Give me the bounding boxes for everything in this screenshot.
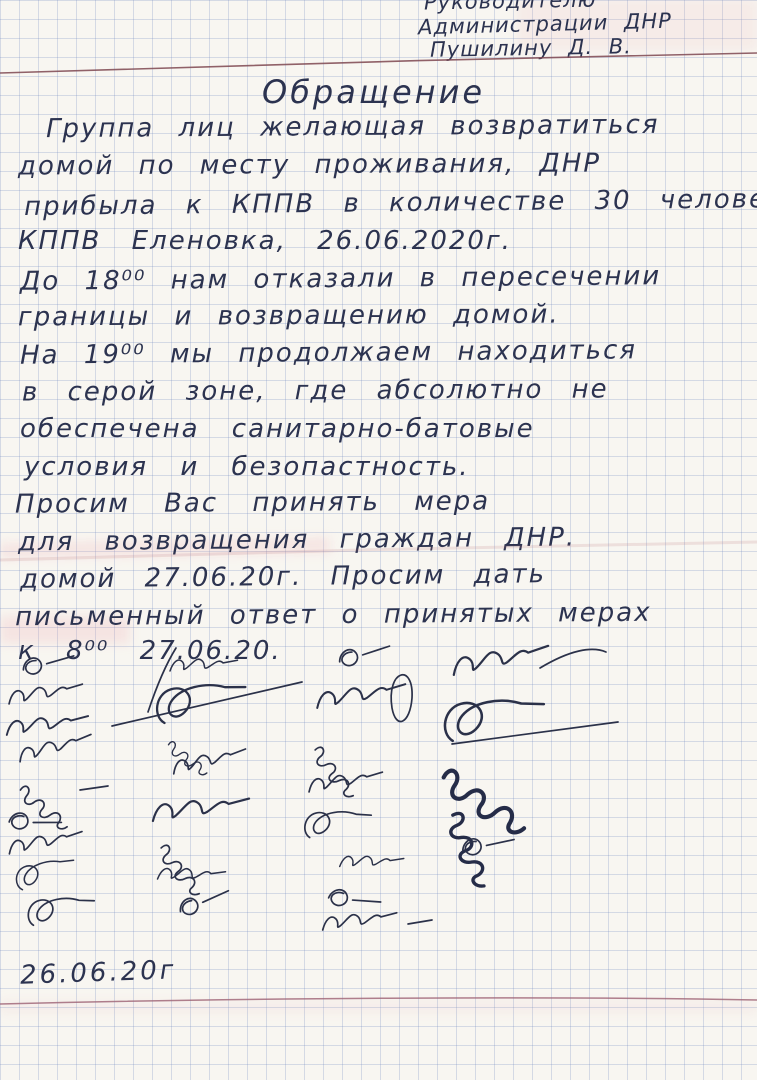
- signature-dash: [452, 722, 618, 744]
- signature-scribble: [9, 812, 62, 833]
- signatures-column-2: [112, 648, 302, 917]
- signature-scribble: [14, 855, 78, 891]
- signature-scribble: [177, 886, 231, 917]
- signature-scribble: [6, 715, 89, 735]
- signature-scribble: [443, 760, 525, 843]
- paper-crease-line: [0, 542, 757, 560]
- bottom-margin-rule: [0, 998, 757, 1004]
- page-marks-overlay: [0, 0, 757, 1080]
- top-margin-rule: [0, 53, 757, 73]
- signature-scribble: [8, 683, 84, 704]
- signature-scribble: [304, 809, 373, 838]
- signature-scribble: [22, 651, 76, 676]
- signature-scribble: [443, 695, 547, 742]
- signature-tail: [540, 649, 606, 668]
- signature-scribble: [309, 747, 359, 798]
- signatures-column-4: [431, 644, 618, 887]
- signature-scribble: [170, 659, 238, 671]
- signature-scribble: [340, 855, 404, 868]
- signature-scribble: [338, 641, 392, 667]
- signatures-column-1: [6, 651, 108, 926]
- signature-scribble: [27, 895, 96, 926]
- signature-scribble: [451, 644, 550, 674]
- signature-scribble: [328, 888, 382, 913]
- signature-scribble: [152, 797, 250, 821]
- signature-scribble: [154, 679, 248, 724]
- signature-scribble: [431, 811, 507, 888]
- signature-loop: [391, 675, 412, 722]
- signature-scribble: [158, 867, 226, 882]
- signature-scribble: [322, 912, 398, 930]
- signature-scribble: [8, 830, 84, 853]
- signature-dash: [408, 920, 432, 924]
- scanned-handwritten-letter: Руководителю Администрации ДНР Пушилину …: [0, 0, 757, 1080]
- signatures-column-3: [304, 641, 432, 930]
- signature-strikethrough: [112, 682, 302, 726]
- signature-dash: [80, 786, 108, 790]
- signature-scribble: [17, 733, 93, 761]
